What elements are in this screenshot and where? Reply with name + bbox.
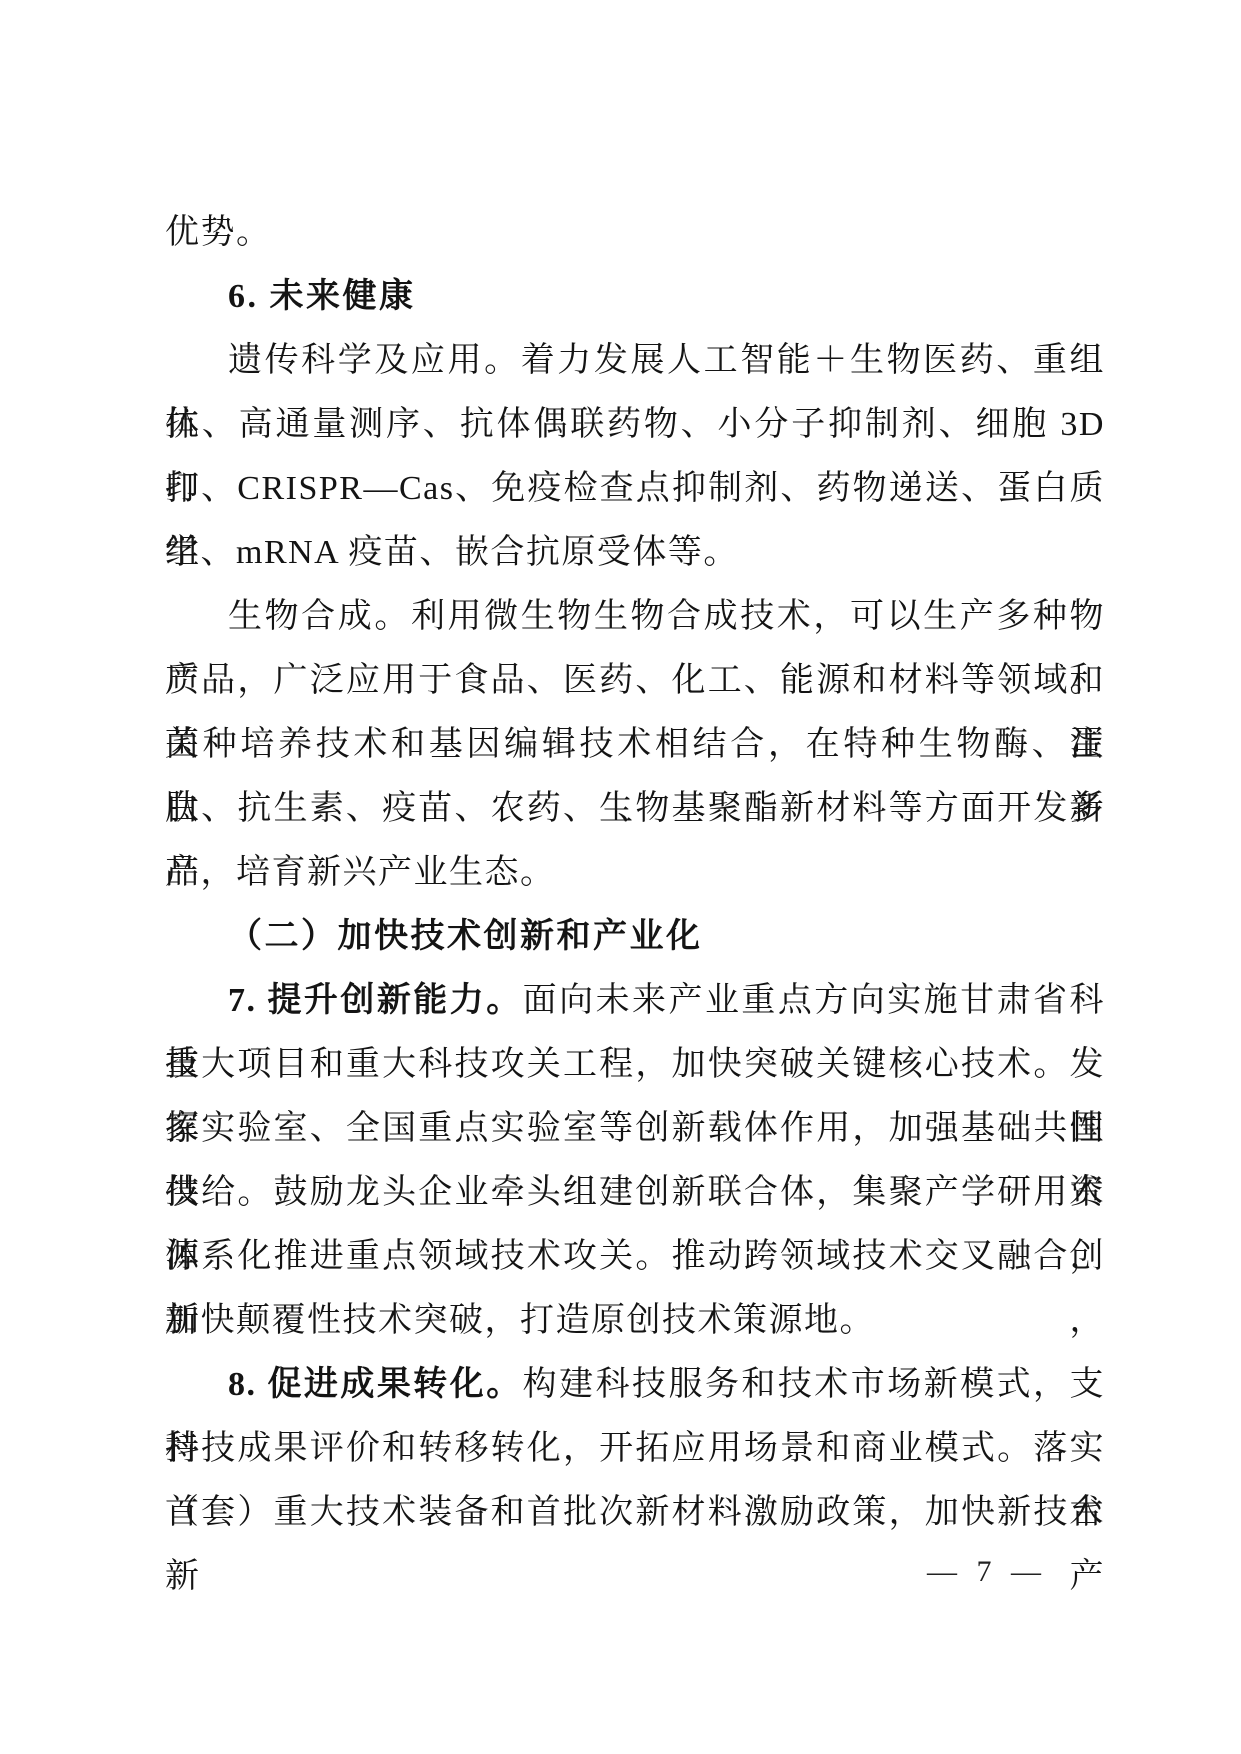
text-run: 品，培育新兴产业生态。 xyxy=(165,854,556,891)
page-number: — 7 — xyxy=(927,1552,1047,1592)
leadin-run: 生物合成。 xyxy=(228,598,411,635)
text-line: 重大项目和重大科技攻关工程，加快突破关键核心技术。发挥国 xyxy=(165,1033,1105,1097)
emphasis-run: 8. 促进成果转化。 xyxy=(228,1366,523,1403)
text-line: 遗传科学及应用。着力发展人工智能＋生物医药、重组抗 xyxy=(165,329,1105,393)
text-run: 加快颠覆性技术突破，打造原创技术策源地。 xyxy=(165,1302,875,1339)
text-line: 优势。 xyxy=(165,201,1105,265)
text-line: 生物合成。利用微生物生物合成技术，可以生产多种物质和 xyxy=(165,585,1105,649)
text-line: 印、CRISPR—Cas、免疫检查点抑制剂、药物递送、蛋白质组 xyxy=(165,457,1105,521)
text-line: 肽、抗生素、疫苗、农药、生物基聚酯新材料等方面开发新产 xyxy=(165,777,1105,841)
section-heading: 6. 未来健康 xyxy=(165,265,1105,329)
text-line: 菌种培养技术和基因编辑技术相结合，在特种生物酶、蛋白、多 xyxy=(165,713,1105,777)
emphasis-run: 6. 未来健康 xyxy=(228,278,416,315)
section-heading: （二）加快技术创新和产业化 xyxy=(165,905,1105,969)
text-line: 体系化推进重点领域技术攻关。推动跨领域技术交叉融合创新， xyxy=(165,1225,1105,1289)
document-page: 优势。6. 未来健康遗传科学及应用。着力发展人工智能＋生物医药、重组抗体、高通量… xyxy=(0,0,1241,1754)
text-line: 供给。鼓励龙头企业牵头组建创新联合体，集聚产学研用资源， xyxy=(165,1161,1105,1225)
text-line: 品，培育新兴产业生态。 xyxy=(165,841,1105,905)
text-line: （套）重大技术装备和首批次新材料激励政策，加快新技术新产 xyxy=(165,1481,1105,1545)
emphasis-run: 7. 提升创新能力。 xyxy=(228,982,523,1019)
text-line: 科技成果评价和转移转化，开拓应用场景和商业模式。落实首台 xyxy=(165,1417,1105,1481)
text-line: 7. 提升创新能力。面向未来产业重点方向实施甘肃省科技 xyxy=(165,969,1105,1033)
text-line: 产品，广泛应用于食品、医药、化工、能源和材料等领域。关注 xyxy=(165,649,1105,713)
leadin-run: 遗传科学及应用。 xyxy=(228,342,521,379)
text-line: 学、mRNA 疫苗、嵌合抗原受体等。 xyxy=(165,521,1105,585)
text-content: 优势。6. 未来健康遗传科学及应用。着力发展人工智能＋生物医药、重组抗体、高通量… xyxy=(165,201,1105,1545)
text-line: 体、高通量测序、抗体偶联药物、小分子抑制剂、细胞 3D 打 xyxy=(165,393,1105,457)
emphasis-run: （二）加快技术创新和产业化 xyxy=(228,918,703,955)
text-line: 8. 促进成果转化。构建科技服务和技术市场新模式，支持 xyxy=(165,1353,1105,1417)
text-run: 学、mRNA 疫苗、嵌合抗原受体等。 xyxy=(165,534,739,571)
text-line: 家实验室、全国重点实验室等创新载体作用，加强基础共性技术 xyxy=(165,1097,1105,1161)
text-run: 优势。 xyxy=(165,214,272,251)
